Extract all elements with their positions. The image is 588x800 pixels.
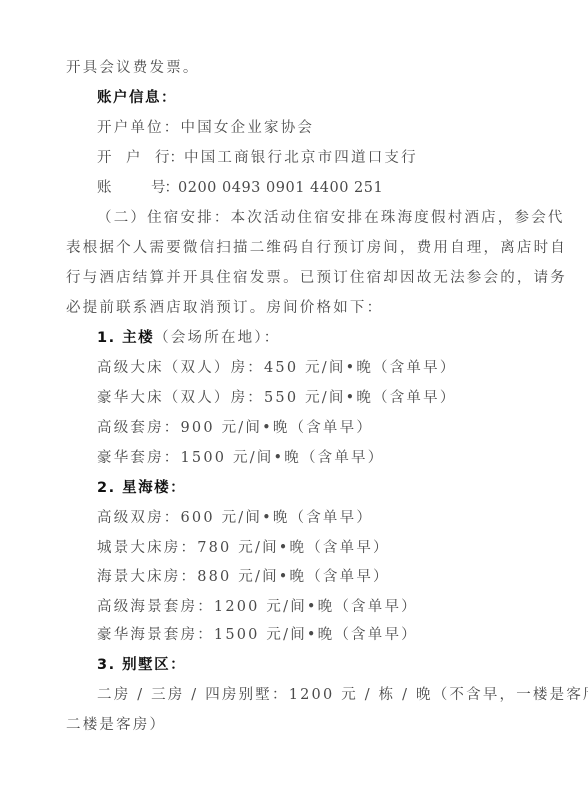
account-holder: 开户单位：中国女企业家协会 — [97, 118, 314, 138]
section-xinghai-title: 2. 星海楼： — [97, 478, 186, 498]
room-price-item: 豪华海景套房：1500 元/间•晚（含单早） — [97, 625, 418, 645]
account-bank-value: 中国工商银行北京市四道口支行 — [184, 150, 418, 166]
room-price-item: 高级大床（双人）房：450 元/间•晚（含单早） — [97, 358, 457, 378]
room-price-item: 城景大床房：780 元/间•晚（含单早） — [97, 538, 390, 558]
account-number-value: 0200 0493 0901 4400 251 — [178, 180, 383, 196]
account-bank: 开 户 行：中国工商银行北京市四道口支行 — [97, 148, 418, 168]
room-price-item: 豪华套房：1500 元/间•晚（含单早） — [97, 448, 384, 468]
section-main-building-title: 1. 主楼（会场所在地）： — [97, 328, 281, 348]
room-price-item: 二楼是客房） — [66, 715, 166, 735]
accommodation-line-3: 行与酒店结算并开具住宿发票。已预订住宿却因故无法参会的，请务 — [66, 268, 567, 288]
account-number: 账 号：0200 0493 0901 4400 251 — [97, 178, 383, 198]
account-heading: 账户信息： — [97, 88, 177, 108]
accommodation-line-2: 表根据个人需要微信扫描二维码自行预订房间，费用自理，离店时自 — [66, 238, 567, 258]
accommodation-line-1: （二）住宿安排：本次活动住宿安排在珠海度假村酒店，参会代 — [97, 208, 565, 228]
account-holder-label: 开户单位： — [97, 120, 181, 136]
section-title-text: 1. 主楼 — [97, 330, 154, 346]
room-price-item: 二房 / 三房 / 四房别墅：1200 元 / 栋 / 晚（不含早，一楼是客厅， — [97, 685, 588, 705]
room-price-item: 高级海景套房：1200 元/间•晚（含单早） — [97, 597, 418, 617]
account-holder-value: 中国女企业家协会 — [181, 120, 315, 136]
room-price-item: 高级双房：600 元/间•晚（含单早） — [97, 508, 373, 528]
room-price-item: 高级套房：900 元/间•晚（含单早） — [97, 418, 373, 438]
intro-tail: 开具会议费发票。 — [66, 58, 200, 78]
section-villa-title: 3. 别墅区： — [97, 655, 186, 675]
section-title-note: （会场所在地）： — [154, 330, 280, 346]
room-price-item: 海景大床房：880 元/间•晚（含单早） — [97, 567, 390, 587]
account-number-label: 账 号： — [97, 180, 178, 196]
accommodation-line-4: 必提前联系酒店取消预订。房间价格如下： — [66, 298, 383, 318]
room-price-item: 豪华大床（双人）房：550 元/间•晚（含单早） — [97, 388, 457, 408]
account-bank-label: 开 户 行： — [97, 150, 184, 166]
